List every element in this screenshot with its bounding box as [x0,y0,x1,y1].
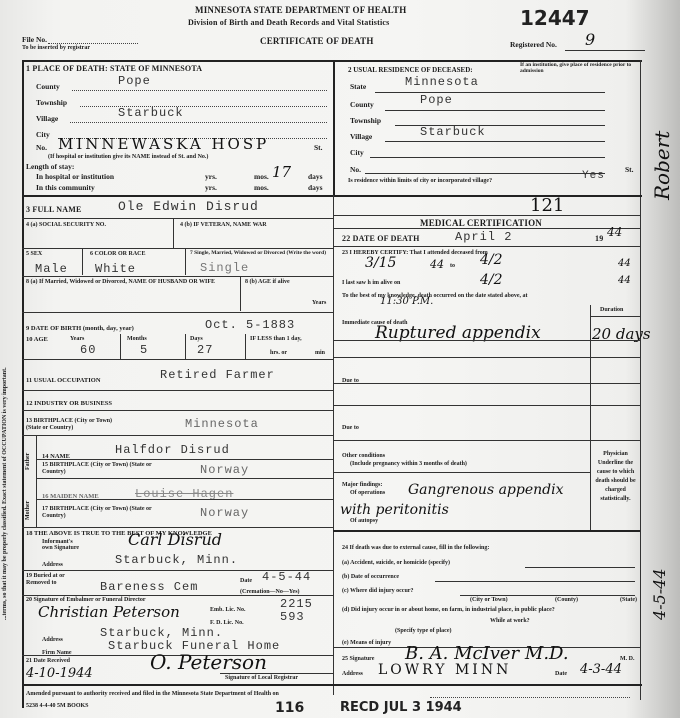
informant-signature: Carl Disrud [128,530,222,549]
external-a-label: (a) Accident, suicide, or homicide (spec… [342,560,450,566]
burial-date-label: Date [240,578,252,584]
res-village-label: Village [350,132,372,141]
sex-label: 5 SEX [26,251,42,257]
father-birthplace: Norway [200,463,249,477]
while-at-work-label: While at work? [490,618,530,624]
residence-county: Pope [420,93,453,107]
sex: Male [35,262,68,276]
res-no-label: No. [350,165,361,174]
physician-address-label: Address [342,671,363,677]
page-number: 116 [275,700,304,716]
physician-signature: B. A. McIver M.D. [405,643,569,664]
attended-to-year: 44 [618,258,631,269]
years-label: Years [312,300,326,306]
emb-lic-label: Emb. Lic. No. [210,607,246,613]
age-days: 27 [197,343,213,357]
md-label: M. D. [620,656,635,662]
time-of-death: 11:30 P.M. [380,296,433,307]
place-of-death-heading: 1 PLACE OF DEATH: STATE OF MINNESOTA [26,64,202,73]
city-town-label: (City or Town) [470,597,508,603]
hrs-label: hrs. or [270,350,287,356]
res-township-label: Township [350,116,381,125]
state-paren-label: (State) [620,597,637,603]
mos-label-2: mos. [254,183,269,192]
margin-date: 4-5-44 [650,568,669,620]
res-st-label: St. [625,165,634,174]
registered-no-label: Registered No. [510,40,557,49]
min-label: min [315,350,325,356]
full-name: Ole Edwin Disrud [118,199,259,214]
certificate-number: 12447 [520,6,590,30]
mother-birthplace: Norway [200,506,249,520]
external-c-label: (c) Where did injury occur? [342,588,413,594]
funeral-address-label: Address [42,637,63,643]
age-years-label: Years [70,336,84,342]
registrar-signature-label: Signature of Local Registrar [225,675,298,681]
physician-note: Physician Underline the cause to which d… [593,450,638,504]
external-d-label: (d) Did injury occur in or about home, o… [342,607,555,613]
date-of-birth: Oct. 5-1883 [205,318,295,332]
other-conditions-label: Other conditions [342,453,385,459]
amended-note: Amended pursuant to authority received a… [26,691,279,697]
date-received-label: 21 Date Received [26,658,70,664]
specify-place-label: (Specify type of place) [395,628,452,634]
less-than-day-label: IF LESS than 1 day, [250,336,302,342]
last-saw-label: I last saw h im alive on [342,280,400,286]
death-certificate: MINNESOTA STATE DEPARTMENT OF HEALTH Div… [0,0,680,718]
external-e-label: (e) Means of injury [342,640,391,646]
industry-label: 12 INDUSTRY OR BUSINESS [26,400,112,407]
last-saw-year: 44 [618,275,631,286]
fd-lic: 593 [280,610,305,624]
operation-findings: Gangrenous appendix with peritonitis [340,480,590,520]
father-side-label: Father [25,453,31,470]
ssn-label: 4 (a) SOCIAL SECURITY NO. [26,222,106,228]
marital-label: 7 Single, Married, Widowed or Divorced (… [190,250,330,256]
due-to-label-2: Due to [342,425,359,431]
print-code: 5238 4-4-40 5M BOOKS [26,703,89,709]
informant-address: Starbuck, Minn. [115,553,238,567]
res-county-label: County [350,100,374,109]
in-community-label: In this community [36,183,95,192]
residence-heading: 2 USUAL RESIDENCE OF DECEASED: [348,66,473,74]
yrs-label-2: yrs. [205,183,217,192]
physician-date: 4-3-44 [580,662,622,677]
father-name: Halfdor Disrud [115,443,230,457]
received-stamp: RECD JUL 3 1944 [340,700,462,715]
residence-village: Starbuck [420,125,486,139]
dob-label: 9 DATE OF BIRTH (month, day, year) [26,325,134,332]
attended-from-year: 44 [430,258,444,271]
village-label: Village [36,114,58,123]
stamp-number: 121 [530,195,564,216]
informant-signature-label: Informant's own Signature [42,539,82,551]
physician-address: LOWRY MINN [378,662,511,678]
veteran-label: 4 (b) IF VETERAN, NAME WAR [180,222,267,228]
st-label: St. [314,143,323,152]
autopsy-label: Of autopsy [350,518,378,524]
within-limits-label: Is residence within limits of city or in… [348,178,492,184]
no-label: No. [36,143,47,152]
death-county: Pope [118,74,151,88]
full-name-label: 3 FULL NAME [26,205,82,214]
registered-no: 9 [585,30,595,49]
spouse-age-label: 8 (b) AGE if alive [245,279,290,285]
informant-address-label: Address [42,562,63,568]
age-years: 60 [80,343,96,357]
date-of-death: April 2 [455,230,512,244]
occurred-label: To the best of my knowledge, death occur… [342,293,582,300]
registrar-signature: O. Peterson [150,650,267,674]
mother-birthplace-label: 17 BIRTHPLACE (City or Town) (State or C… [42,506,152,520]
birthplace-label: 13 BIRTHPLACE (City or Town) (State or C… [26,418,126,432]
hospital-note: (If hospital or institution give its NAM… [48,154,208,160]
age-months: 5 [140,343,148,357]
last-saw: 4/2 [480,272,503,288]
yrs-label: yrs. [205,172,217,181]
funeral-address: Starbuck, Minn. [100,626,223,640]
township-label: Township [36,98,67,107]
occupation: Retired Farmer [160,368,275,382]
margin-signature: Robert [650,131,674,200]
external-cause-heading: 24 If death was due to external cause, f… [342,545,489,551]
days-label: days [308,172,323,181]
physician-date-label: Date [555,671,567,677]
death-year: 44 [607,225,622,239]
marital-status: Single [200,261,249,275]
file-no-note: To be inserted by registrar [22,45,90,51]
age-months-label: Months [127,336,147,342]
burial-date: 4-5-44 [262,570,311,584]
county-label: County [36,82,60,91]
race: White [95,262,136,276]
date-of-death-label: 22 DATE OF DEATH [342,234,420,243]
age-days-label: Days [190,336,203,342]
embalmer-signature: Christian Peterson [38,603,180,621]
emb-lic: 2215 [280,597,313,611]
death-village: Starbuck [118,106,184,120]
certificate-title: CERTIFICATE OF DEATH [260,36,374,46]
attended-to: 4/2 [480,252,503,268]
mother-side-label: Mother [25,501,31,520]
agency-title: MINNESOTA STATE DEPARTMENT OF HEALTH [195,5,406,15]
division-title: Division of Birth and Death Records and … [188,18,389,27]
length-of-stay-label: Length of stay: [26,162,74,171]
physician-signature-label: 25 Signature [342,656,374,662]
state-label: State [350,82,366,91]
burial-label: 19 Buried at or Removed to [26,573,71,587]
city-label: City [36,130,50,139]
attended-from: 3/15 [365,255,396,271]
duration-label: Duration [600,307,623,313]
burial-place: Bareness Cem [100,580,198,594]
to-label: to [450,263,455,269]
death-hospital: MINNEWASKA HOSP [58,135,269,153]
external-b-label: (b) Date of occurrence [342,574,399,580]
father-birthplace-label: 15 BIRTHPLACE (City or Town) (State or C… [42,462,152,476]
res-city-label: City [350,148,364,157]
occupation-label: 11 USUAL OCCUPATION [26,377,101,384]
residence-note: If an institution, give place of residen… [520,62,640,74]
residence-state: Minnesota [405,75,479,89]
other-conditions-note: (Include pregnancy within 3 months of de… [350,461,467,467]
race-label: 6 COLOR OR RACE [90,251,146,257]
file-no-label: File No. [22,35,47,44]
hospital-months: 17 [272,163,291,181]
certify-label: 23 I HEREBY CERTIFY: That I attended dec… [342,250,488,256]
mos-label: mos. [254,172,269,181]
county-paren-label: (County) [555,597,578,603]
spouse-label: 8 (a) If Married, Widowed or Divorced, N… [26,279,226,286]
in-hospital-label: In hospital or institution [36,172,114,181]
date-received: 4-10-1944 [26,666,93,681]
age-label: 10 AGE [26,336,48,343]
medical-heading: MEDICAL CERTIFICATION [420,218,542,228]
days-label-2: days [308,183,323,192]
within-limits: Yes [582,170,605,182]
margin-instruction: ...terms, so that it may be properly cla… [2,367,8,620]
birthplace: Minnesota [185,417,259,431]
year-prefix: 19 [595,234,603,243]
